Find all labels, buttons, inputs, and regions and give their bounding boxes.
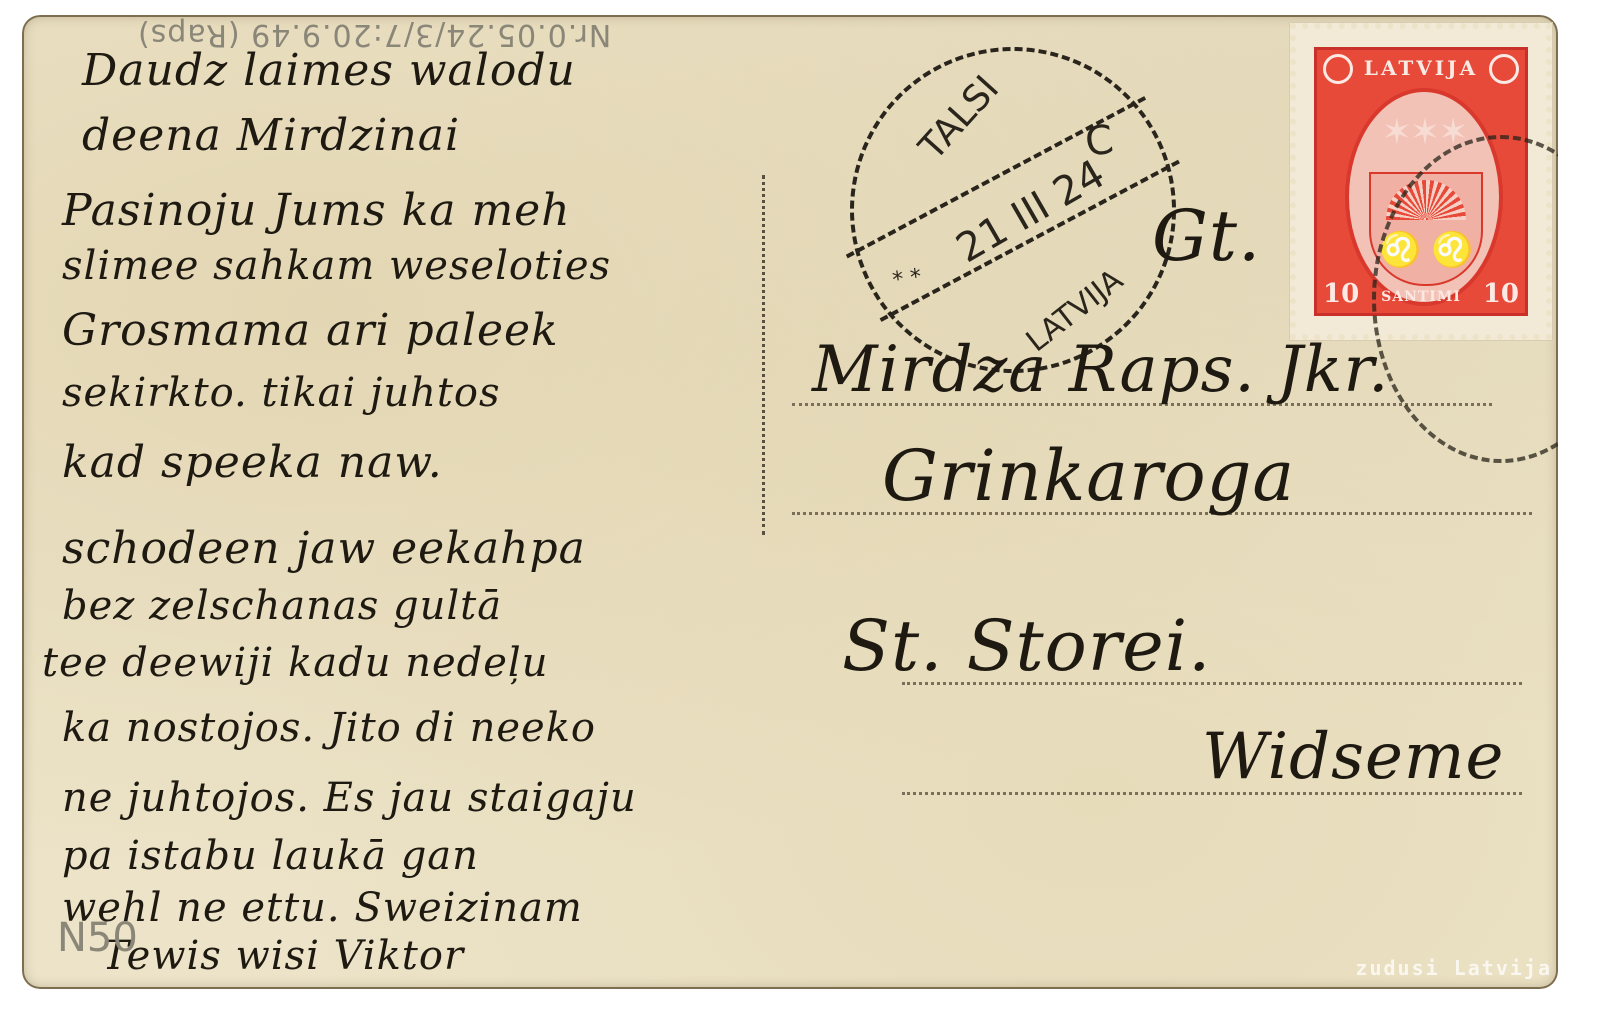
address-post-office: St. Storei.	[842, 605, 1211, 687]
message-line: Daudz laimes walodu	[82, 45, 576, 96]
stamp-country: LATVIJA	[1317, 56, 1525, 80]
message-line: slimee sahkam weseloties	[62, 243, 611, 289]
message-line: Grosmama ari paleek	[62, 305, 559, 356]
message-line: Pasinoju Jums ka meh	[62, 185, 571, 236]
message-line: wehl ne ettu. Sweizinam	[62, 885, 583, 931]
postmark-stars: * *	[891, 265, 923, 294]
vertical-divider	[762, 175, 765, 535]
message-line: tee deewiji kadu nedeļu	[42, 640, 548, 686]
address-region: Widseme	[1202, 720, 1504, 794]
message-line: ka nostojos. Jito di neeko	[62, 705, 596, 751]
address-salutation: Gt.	[1152, 195, 1261, 277]
message-line: schodeen jaw eekahpa	[62, 523, 586, 574]
address-farm: Grinkaroga	[882, 435, 1295, 517]
address-recipient: Mirdza Raps. Jkr.	[812, 333, 1389, 407]
message-line: kad speeka naw.	[62, 437, 443, 488]
message-line: deena Mirdzinai	[82, 110, 460, 161]
message-line: sekirkto. tikai juhtos	[62, 370, 501, 416]
postmark-city: TALSI	[912, 68, 1008, 168]
message-signature-line: Tewis wisi Viktor	[102, 933, 464, 979]
message-line: ne juhtojos. Es jau staigaju	[62, 775, 637, 821]
watermark: zudusi Latvija	[1355, 956, 1552, 980]
message-line: pa istabu laukā gan	[62, 833, 479, 879]
pencil-mark: N50	[57, 915, 138, 961]
message-line: bez zelschanas gultā	[62, 583, 502, 629]
postcard-back: Nr.0.05.24/3/7:20.9.49 (Raps) Daudz laim…	[22, 15, 1558, 989]
